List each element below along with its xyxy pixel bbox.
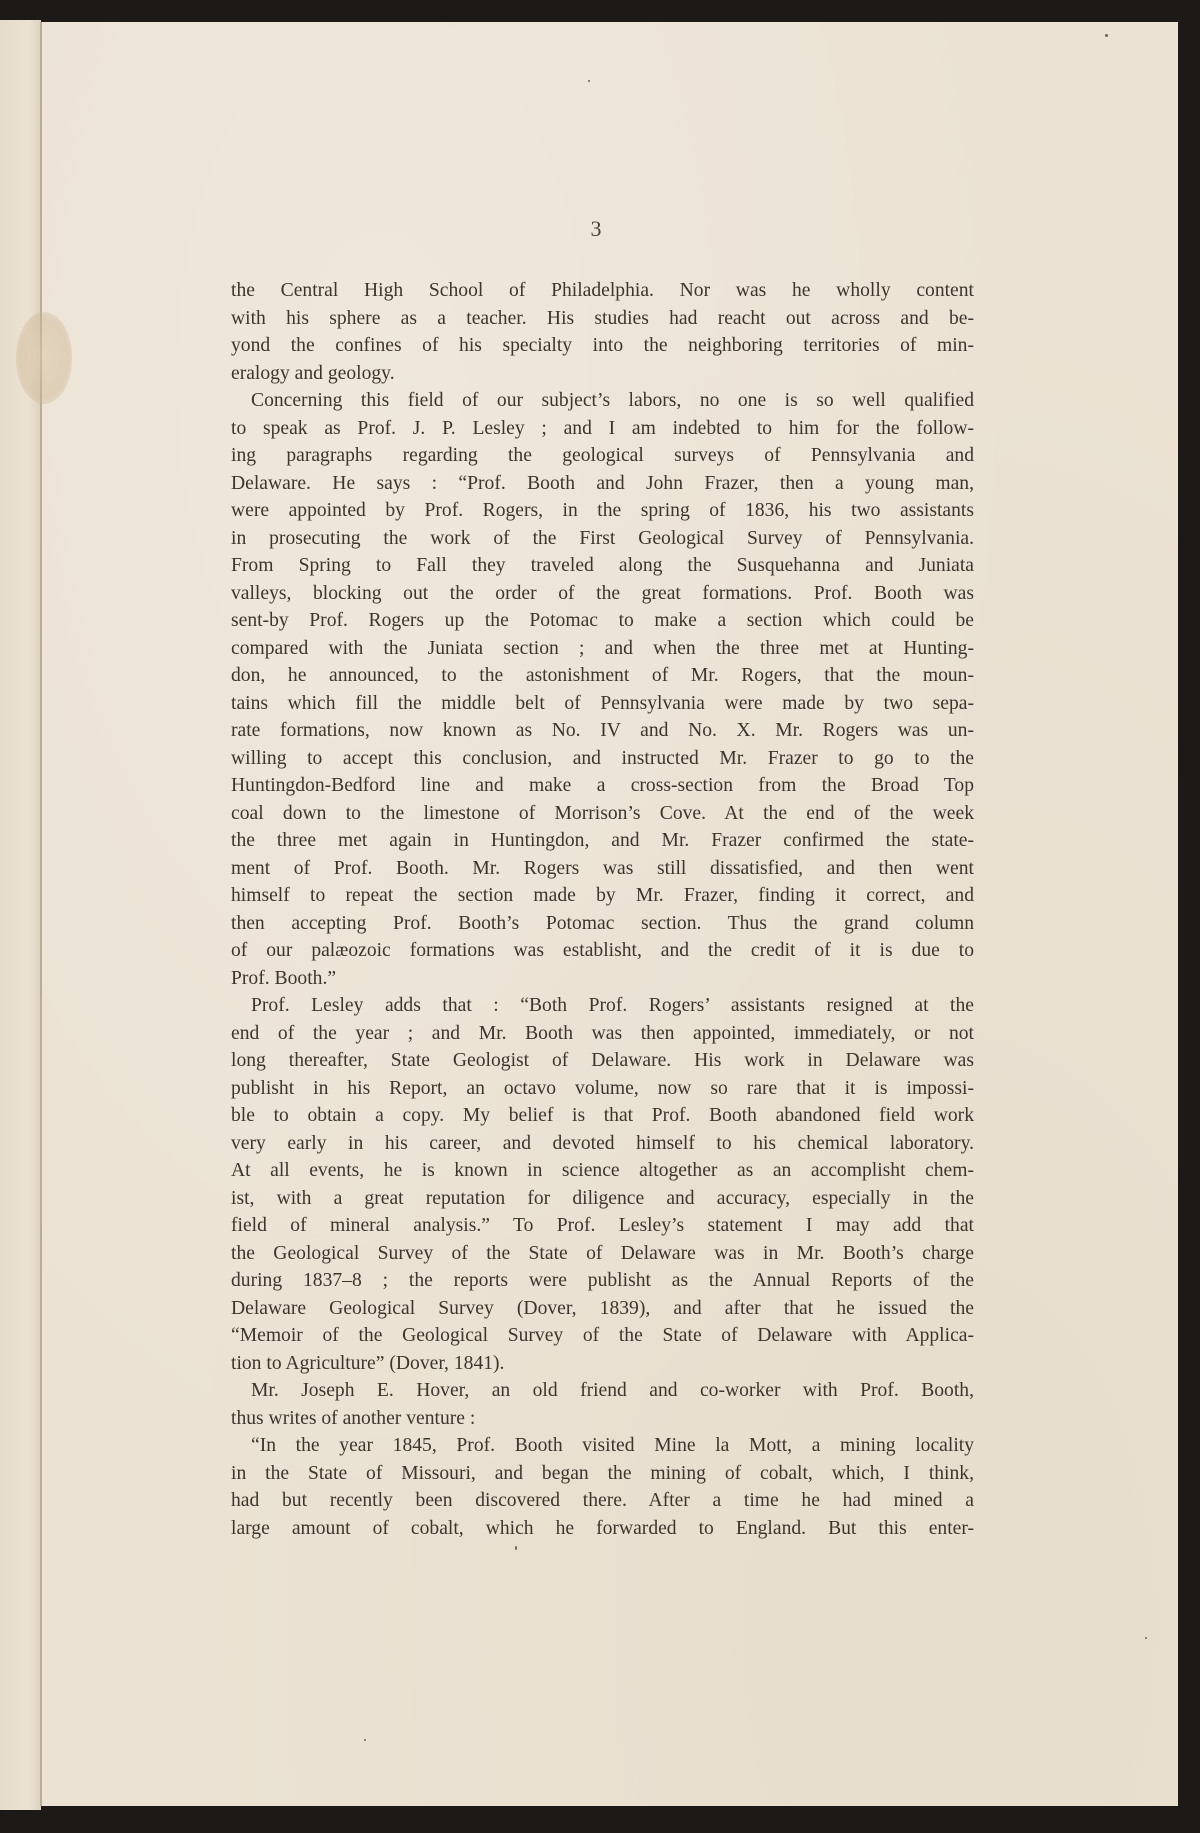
text-line: very early in his career, and devoted hi… <box>231 1130 974 1158</box>
text-line: during 1837–8 ; the reports were publish… <box>231 1267 974 1295</box>
text-line: tains which fill the middle belt of Penn… <box>231 690 974 718</box>
text-line: yond the confines of his specialty into … <box>231 332 974 360</box>
text-line: eralogy and geology. <box>231 360 974 388</box>
text-line: in the State of Missouri, and began the … <box>231 1460 974 1488</box>
text-line: field of mineral analysis.” To Prof. Les… <box>231 1212 974 1240</box>
text-line: in prosecuting the work of the First Geo… <box>231 525 974 553</box>
text-line: Mr. Joseph E. Hover, an old friend and c… <box>231 1377 974 1405</box>
text-line: Concerning this field of our subject’s l… <box>231 387 974 415</box>
text-line: At all events, he is known in science al… <box>231 1157 974 1185</box>
text-line: rate formations, now known as No. IV and… <box>231 717 974 745</box>
text-line: to speak as Prof. J. P. Lesley ; and I a… <box>231 415 974 443</box>
paragraph: “In the year 1845, Prof. Booth visited M… <box>231 1432 974 1542</box>
text-line: himself to repeat the section made by Mr… <box>231 882 974 910</box>
text-line: don, he announced, to the astonishment o… <box>231 662 974 690</box>
paragraph: Concerning this field of our subject’s l… <box>231 387 974 992</box>
paragraph: the Central High School of Philadelphia.… <box>231 277 974 387</box>
text-line: Prof. Lesley adds that : “Both Prof. Rog… <box>231 992 974 1020</box>
body-text: the Central High School of Philadelphia.… <box>231 277 974 1542</box>
paper-speck <box>1105 34 1108 37</box>
page-number: 3 <box>560 216 632 242</box>
text-line: Delaware Geological Survey (Dover, 1839)… <box>231 1295 974 1323</box>
text-line: Prof. Booth.” <box>231 965 974 993</box>
paper-speck <box>588 80 590 82</box>
text-line: valleys, blocking out the order of the g… <box>231 580 974 608</box>
paper-speck <box>1145 1637 1147 1639</box>
text-line: long thereafter, State Geologist of Dela… <box>231 1047 974 1075</box>
text-line: with his sphere as a teacher. His studie… <box>231 305 974 333</box>
text-line: had but recently been discovered there. … <box>231 1487 974 1515</box>
text-line: ist, with a great reputation for diligen… <box>231 1185 974 1213</box>
text-line: large amount of cobalt, which he forward… <box>231 1515 974 1543</box>
text-line: willing to accept this conclusion, and i… <box>231 745 974 773</box>
text-line: compared with the Juniata section ; and … <box>231 635 974 663</box>
paper-stain <box>16 312 72 404</box>
text-line: ment of Prof. Booth. Mr. Rogers was stil… <box>231 855 974 883</box>
text-line: the Central High School of Philadelphia.… <box>231 277 974 305</box>
text-line: “Memoir of the Geological Survey of the … <box>231 1322 974 1350</box>
paper-speck <box>364 1739 366 1741</box>
text-line: ing paragraphs regarding the geological … <box>231 442 974 470</box>
text-line: were appointed by Prof. Rogers, in the s… <box>231 497 974 525</box>
paragraph: Prof. Lesley adds that : “Both Prof. Rog… <box>231 992 974 1377</box>
text-line: the three met again in Huntingdon, and M… <box>231 827 974 855</box>
text-line: Delaware. He says : “Prof. Booth and Joh… <box>231 470 974 498</box>
text-line: “In the year 1845, Prof. Booth visited M… <box>231 1432 974 1460</box>
text-line: ble to obtain a copy. My belief is that … <box>231 1102 974 1130</box>
text-line: sent-by Prof. Rogers up the Potomac to m… <box>231 607 974 635</box>
text-line: then accepting Prof. Booth’s Potomac sec… <box>231 910 974 938</box>
previous-page-edge <box>0 20 41 1810</box>
text-line: thus writes of another venture : <box>231 1405 974 1433</box>
text-line: publisht in his Report, an octavo volume… <box>231 1075 974 1103</box>
text-line: From Spring to Fall they traveled along … <box>231 552 974 580</box>
paragraph: Mr. Joseph E. Hover, an old friend and c… <box>231 1377 974 1432</box>
text-line: tion to Agriculture” (Dover, 1841). <box>231 1350 974 1378</box>
paper-speck <box>515 1546 517 1550</box>
text-line: the Geological Survey of the State of De… <box>231 1240 974 1268</box>
text-line: coal down to the limestone of Morrison’s… <box>231 800 974 828</box>
text-line: end of the year ; and Mr. Booth was then… <box>231 1020 974 1048</box>
text-line: Huntingdon-Bedford line and make a cross… <box>231 772 974 800</box>
text-line: of our palæozoic formations was establis… <box>231 937 974 965</box>
